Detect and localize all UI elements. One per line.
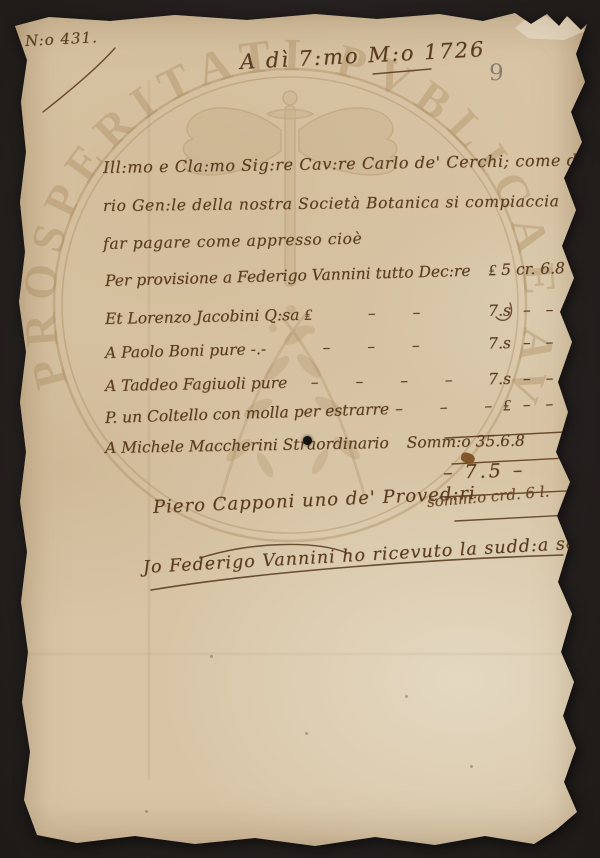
archival-slash-stroke xyxy=(43,48,115,112)
worm-hole xyxy=(303,436,312,445)
item-tail: – – xyxy=(511,394,576,414)
item-amount: ₤ 5 cr. 6.8 xyxy=(482,259,565,280)
paper-speck xyxy=(145,810,148,813)
rule-under-approver-sum xyxy=(455,514,587,521)
pencil-page-number: 9 xyxy=(489,60,505,86)
item-tail: – – xyxy=(511,333,575,353)
crease-vertical xyxy=(147,80,151,780)
item-dashes: – – – xyxy=(389,397,498,418)
item-tail: – – xyxy=(511,369,575,388)
item-dashes: – – – – xyxy=(287,370,482,391)
paper-speck xyxy=(305,732,308,735)
paper-speck xyxy=(470,765,473,768)
paper-speck xyxy=(210,655,213,658)
document-paper: PROSPERITATI PVBLICAE AVGENDAE xyxy=(15,10,587,848)
item-amount: Somm:o 35.6.8 xyxy=(401,432,525,452)
item-dashes: – – xyxy=(312,302,482,324)
item-tail xyxy=(565,271,600,273)
crease-horizontal xyxy=(25,652,570,656)
paper-shadow-wrap: PROSPERITATI PVBLICAE AVGENDAE xyxy=(0,0,600,858)
sum-second-line: – 7.5 – xyxy=(443,459,526,484)
item-amount: 7.s xyxy=(482,370,511,388)
torn-corner-flap xyxy=(515,10,585,40)
item-desc: A Taddeo Fagiuoli pure xyxy=(105,374,288,395)
scan-background: PROSPERITATI PVBLICAE AVGENDAE xyxy=(0,0,600,858)
date-underline-stroke xyxy=(373,69,431,74)
archival-number: N:o 431. xyxy=(25,28,99,50)
item-amount: ₤ xyxy=(497,396,511,415)
paper-speck xyxy=(405,695,408,698)
ink-strokes xyxy=(15,10,587,848)
item-amount: 7.s xyxy=(482,301,511,320)
item-amount: 7.s xyxy=(482,334,511,353)
item-tail: – – xyxy=(511,300,575,319)
item-tail xyxy=(525,445,589,446)
